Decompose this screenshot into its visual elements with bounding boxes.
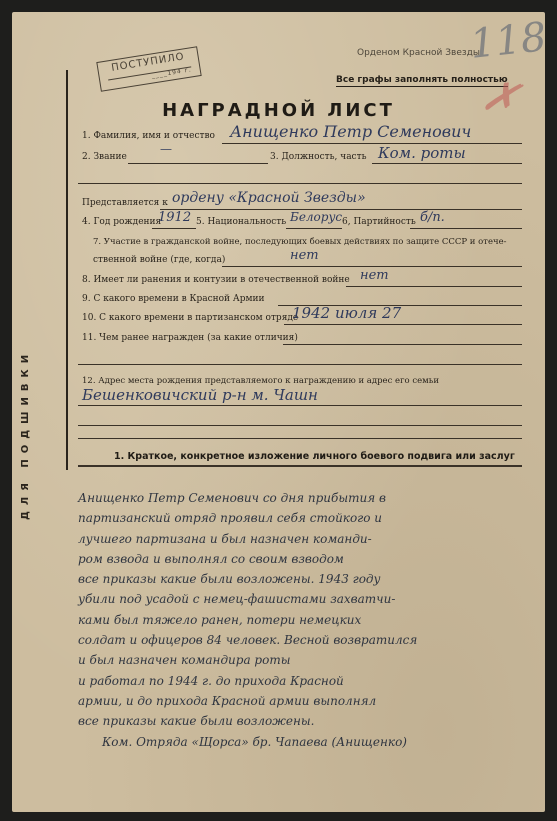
field-1-label: 1. Фамилия, имя и отчество [82, 131, 215, 141]
field-6-label: 6, Партийность [342, 217, 416, 227]
field-7-line [222, 266, 522, 267]
field-12-extra-line-2 [78, 438, 522, 439]
narrative-line: ками был тяжело ранен, потери немецких [78, 610, 548, 630]
field-10-line [284, 324, 522, 325]
narrative-line: все приказы какие были возложены. 1943 г… [78, 569, 548, 589]
narrative-line: и был назначен командира роты [78, 650, 548, 670]
field-4-label: 4. Год рождения [82, 217, 161, 227]
field-7-label-line1: 7. Участие в гражданской войне, последую… [93, 237, 507, 247]
fill-instruction: Все графы заполнять полностью [336, 75, 508, 87]
nominated-label: Представляется к [82, 198, 168, 208]
narrative-line: армии, и до прихода Красной армии выполн… [78, 691, 548, 711]
order-title: Орденом Красной Звезды [357, 48, 480, 58]
narrative-line: лучшего партизана и был назначен команди… [78, 529, 548, 549]
field-8-label: 8. Имеет ли ранения и контузии в отечест… [82, 275, 350, 285]
field-11-line [283, 344, 522, 345]
narrative-line: солдат и офицеров 84 человек. Весной воз… [78, 630, 548, 650]
field-1-value: Анищенко Петр Семенович [230, 122, 471, 141]
field-5-line [286, 228, 342, 229]
narrative-line: партизанский отряд проявил себя стойкого… [78, 508, 548, 528]
document-title: НАГРАДНОЙ ЛИСТ [0, 100, 557, 121]
field-3-continuation-line [78, 183, 522, 184]
section-heading: 1. Краткое, конкретное изложение личного… [114, 451, 515, 462]
field-7-label-line2: ственной войне (где, когда) [93, 255, 225, 265]
narrative-line: все приказы какие были возложены. [78, 711, 548, 731]
field-8-line [346, 286, 522, 287]
field-5-label: 5. Национальность [196, 217, 286, 227]
narrative-text: Анищенко Петр Семенович со дня прибытия … [78, 488, 548, 752]
narrative-line: убили под усадой с немец-фашистами захва… [78, 589, 548, 609]
field-10-value: 1942 июля 27 [292, 304, 401, 322]
binding-label: ДЛЯ ПОДШИВКИ [20, 349, 31, 520]
field-4-line [152, 228, 196, 229]
field-3-value: Ком. роты [378, 144, 466, 162]
field-12-label: 12. Адрес места рождения представляемого… [82, 376, 439, 386]
field-9-label: 9. С какого времени в Красной Армии [82, 294, 264, 304]
field-8-value: нет [360, 268, 389, 283]
field-10-label: 10. С какого времени в партизанском отря… [82, 313, 298, 323]
field-6-line [410, 228, 522, 229]
field-3-line [372, 163, 522, 164]
narrative-line: и работал по 1944 г. до прихода Красной [78, 671, 548, 691]
pencil-number: 118 [468, 14, 549, 68]
field-11-label: 11. Чем ранее награжден (за какие отличи… [82, 333, 298, 343]
field-7-value: нет [290, 248, 319, 263]
field-3-label: 3. Должность, часть [270, 152, 366, 162]
section-underline [78, 465, 522, 467]
field-1-line [222, 143, 522, 144]
signature-line: Ком. Отряда «Щорса» бр. Чапаева (Анищенк… [78, 732, 548, 752]
narrative-line: Анищенко Петр Семенович со дня прибытия … [78, 488, 548, 508]
narrative-line: ром взвода и выполнял со своим взводом [78, 549, 548, 569]
binding-margin-line [66, 70, 68, 470]
field-5-value: Белорус [290, 210, 342, 224]
field-6-value: б/п. [420, 210, 445, 225]
field-12-value: Бешенковичский р-н м. Чашн [82, 386, 318, 404]
field-4-value: 1912 [158, 210, 191, 225]
field-2-value: — [160, 142, 172, 156]
field-11-continuation-line [78, 364, 522, 365]
field-12-line [78, 405, 522, 406]
field-12-extra-line [78, 425, 522, 426]
field-2-line [128, 163, 268, 164]
field-2-label: 2. Звание [82, 152, 127, 162]
nominated-value: ордену «Красной Звезды» [172, 190, 366, 206]
